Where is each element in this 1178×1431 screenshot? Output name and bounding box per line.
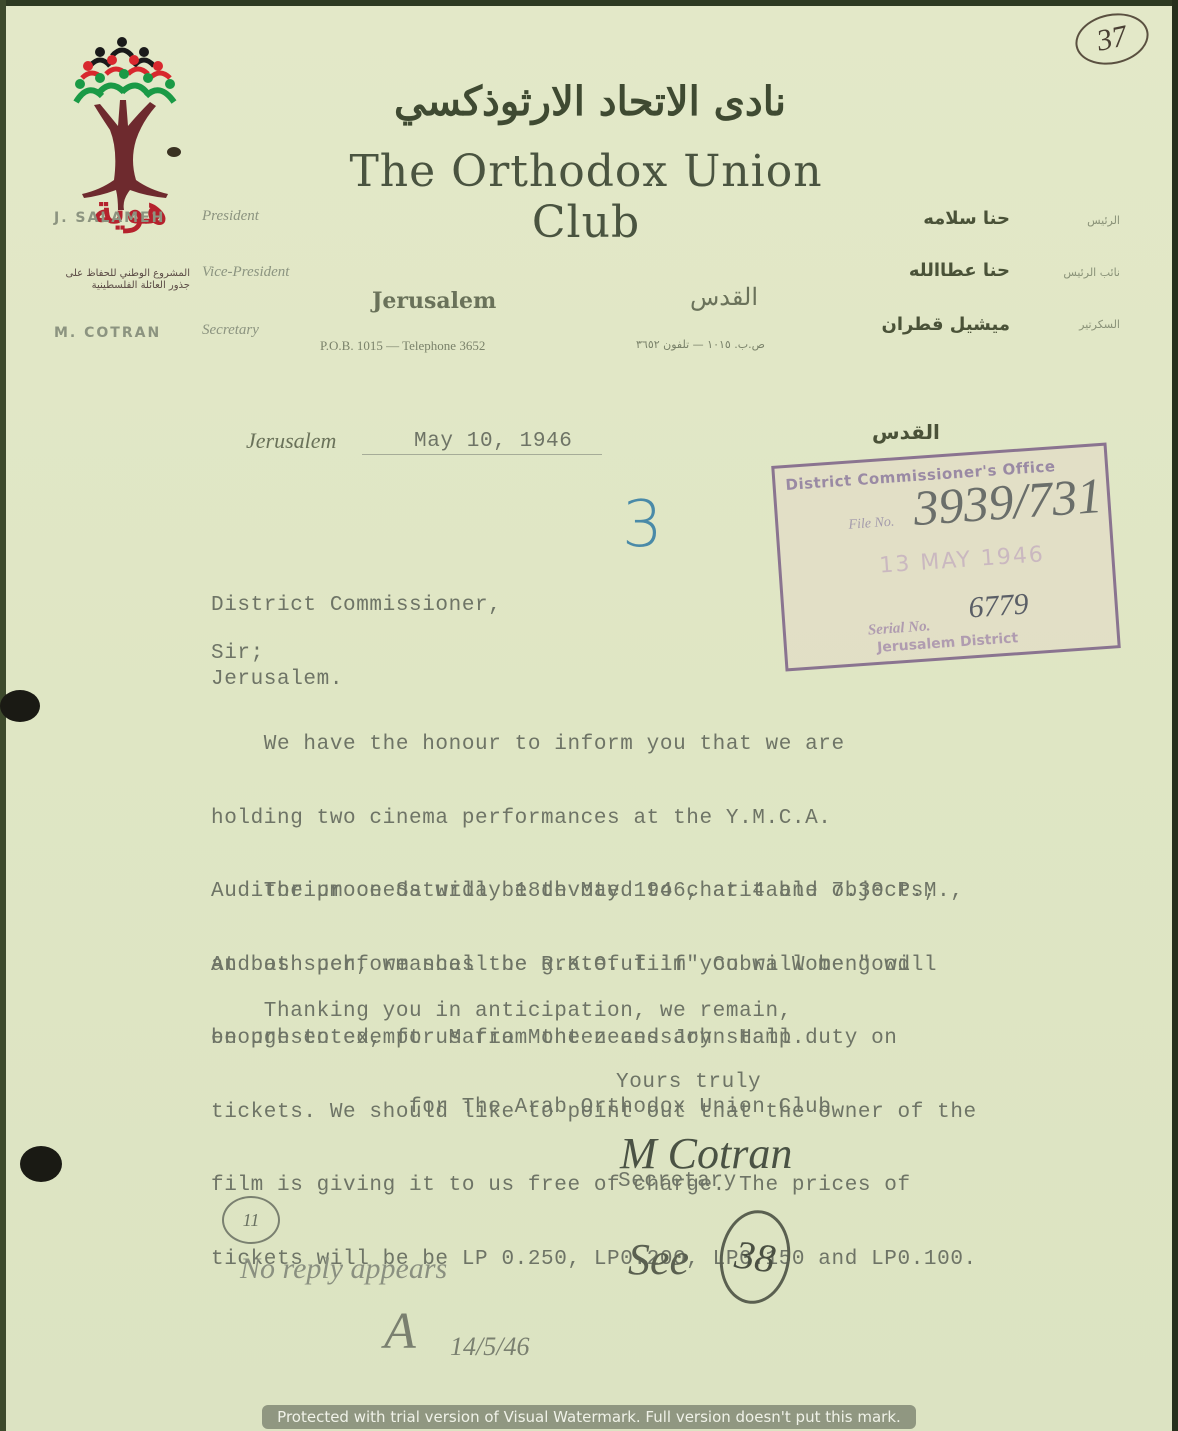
salutation: Sir; — [211, 642, 264, 667]
letterhead-title-english: The Orthodox Union Club — [296, 146, 876, 248]
officer-president-name: J. SALAMEH — [54, 210, 165, 226]
letter-date: May 10, 1946 — [414, 430, 572, 455]
officer-vice-president-name-arabic: حنا عطاالله — [870, 260, 1010, 281]
family-tree-logo-icon — [70, 30, 190, 300]
paragraph-2-line: enough to exempt us from the necessary s… — [211, 1027, 977, 1052]
reply-note-handwritten: No reply appears — [240, 1252, 447, 1286]
received-stamp: District Commissioner's Office File No. … — [771, 443, 1121, 672]
stamp-file-number: 3939/731 — [911, 466, 1103, 537]
punch-hole-bottom — [20, 1146, 62, 1182]
initials-date: 14/5/46 — [450, 1332, 529, 1362]
blue-annotation-number: 3 — [622, 488, 663, 562]
officer-secretary-name-arabic: ميشيل قطران — [870, 314, 1010, 335]
circled-note-number: 11 — [222, 1196, 280, 1244]
officer-secretary-name: M. COTRAN — [54, 325, 161, 341]
paragraph-1-line: holding two cinema performances at the Y… — [211, 807, 964, 832]
paragraph-2-line: and as such, we shall be grateful if you… — [211, 954, 977, 979]
logo-subtitle: المشروع الوطني للحفاظ على جذور العائلة ا… — [40, 268, 190, 292]
letterhead-contact-arabic: ص.ب. ١٠١٥ — تلفون ٣٦٥٢ — [636, 338, 765, 351]
punch-hole-top — [0, 690, 40, 722]
organization-line: for The Arab Orthodox Union Club — [409, 1096, 831, 1121]
date-place-handwritten: Jerusalem — [246, 428, 336, 454]
officer-president-name-arabic: حنا سلامه — [870, 208, 1010, 229]
stamp-file-label: File No. — [848, 515, 895, 534]
officer-president-role: President — [202, 208, 259, 225]
letterhead-city-arabic: القدس — [690, 283, 758, 311]
officer-vice-president-role-arabic: نائب الرئيس — [1050, 266, 1120, 279]
people-figures — [75, 37, 175, 102]
officer-vice-president-role: Vice-President — [202, 264, 289, 281]
officer-secretary-role-arabic: السكرتير — [1050, 318, 1120, 331]
signatory-title: Secretary — [618, 1170, 737, 1195]
recipient-line1: District Commissioner, — [211, 594, 501, 619]
see-reference-text: See — [628, 1234, 689, 1285]
logo-subtitle-line2: جذور العائلة الفلسطينية — [40, 280, 190, 292]
valediction: Yours truly — [616, 1071, 761, 1096]
stamp-date: 13 MAY 1946 — [879, 542, 1046, 579]
ink-blot — [167, 147, 181, 157]
initials-handwritten: A — [384, 1302, 416, 1361]
logo-subtitle-line1: المشروع الوطني للحفاظ على — [40, 268, 190, 280]
paragraph-2-line: film is giving it to us free of charge. … — [211, 1174, 977, 1199]
trial-watermark-banner: Protected with trial version of Visual W… — [262, 1405, 916, 1429]
letterhead-title-arabic: نادى الاتحاد الارثوذكسي — [390, 78, 790, 125]
date-place-arabic: القدس — [872, 420, 940, 444]
scan-border-right — [1172, 0, 1178, 1431]
letterhead-contact-english: P.O.B. 1015 — Telephone 3652 — [320, 338, 485, 354]
officer-secretary-role: Secretary — [202, 322, 259, 339]
officer-president-role-arabic: الرئيس — [1050, 214, 1120, 227]
closing-line: Thanking you in anticipation, we remain, — [211, 1000, 792, 1025]
stamp-serial-number: 6779 — [967, 587, 1029, 625]
paragraph-2: The proceeds will be devoted to charitab… — [211, 831, 977, 1297]
paragraph-1-line: We have the honour to inform you that we… — [211, 733, 964, 758]
letterhead-city-english: Jerusalem — [372, 288, 496, 314]
paragraph-2-line: The proceeds will be devoted to charitab… — [211, 880, 977, 905]
